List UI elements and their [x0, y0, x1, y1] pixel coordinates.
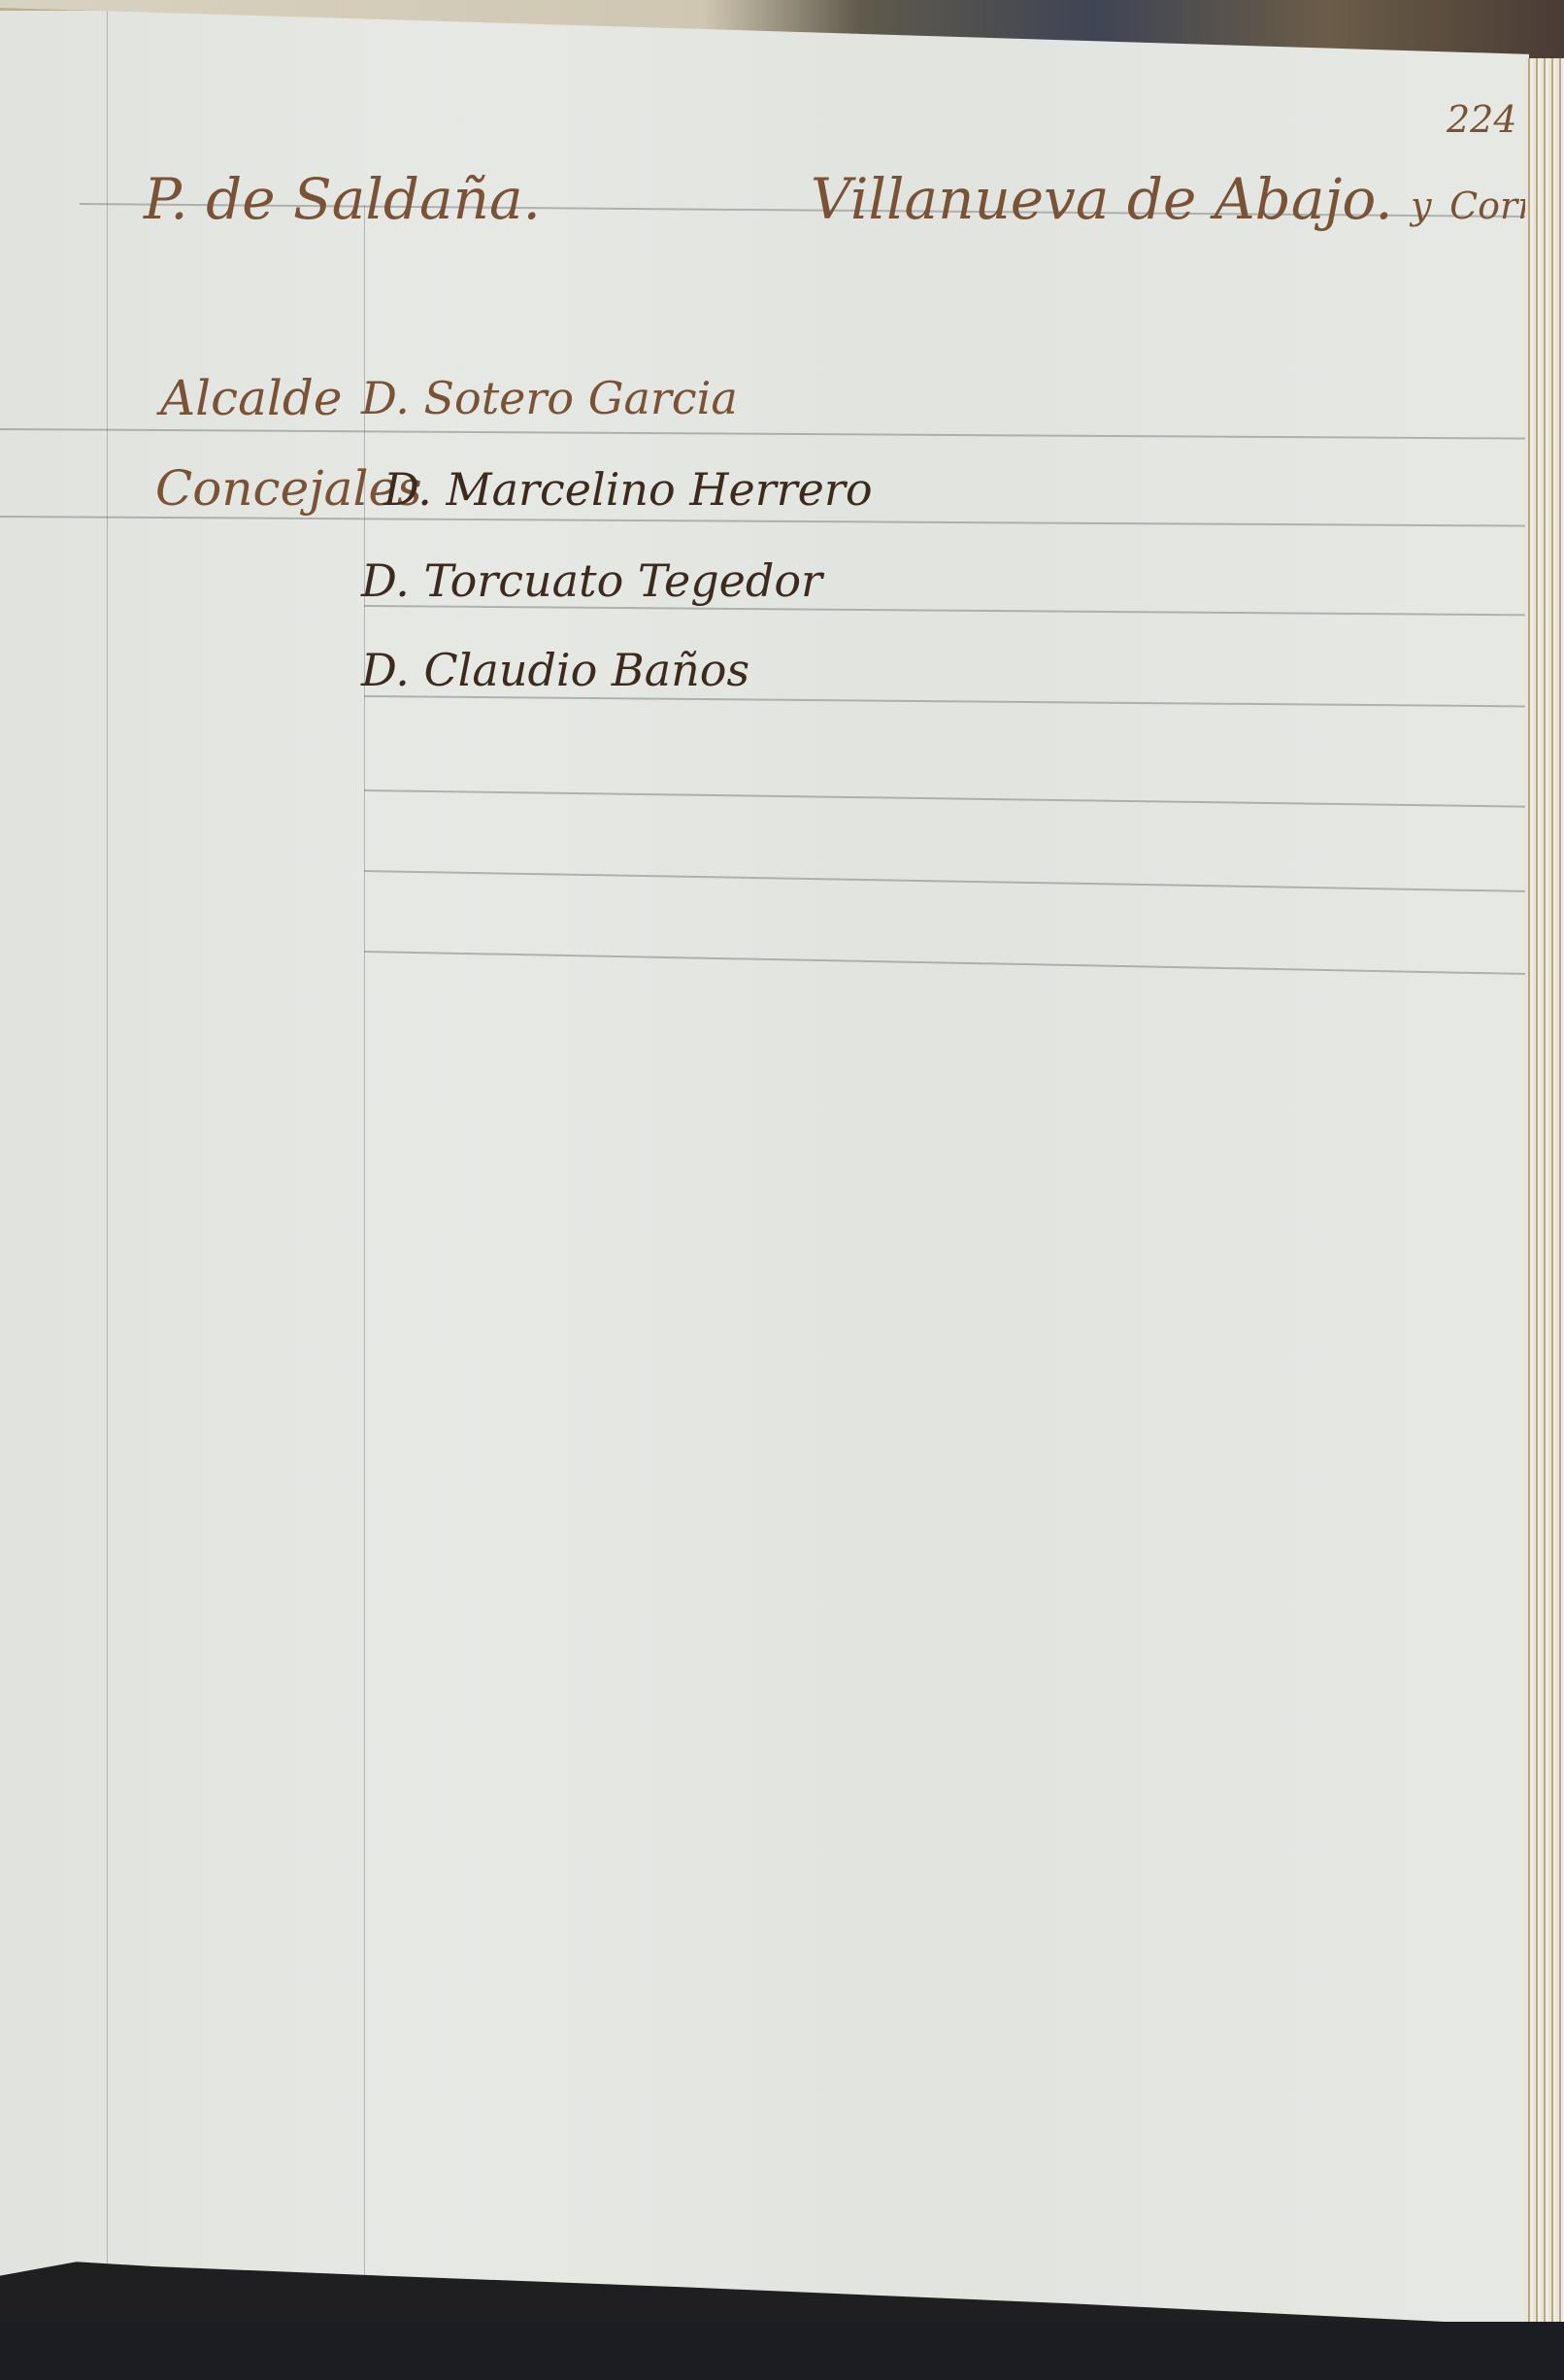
rule-line-7: [364, 951, 1529, 975]
entry-name: D. Sotero Garcia: [361, 372, 738, 424]
header-district: P. de Saldaña.: [144, 166, 541, 232]
rule-line-5: [364, 789, 1529, 808]
header-municipality: Villanueva de Abajo. y Cornoncillo.: [811, 166, 1564, 232]
entry-name: D. Torcuato Tegedor: [361, 554, 822, 607]
entry-name: D. Claudio Baños: [361, 644, 749, 696]
scan-background-bottom: [0, 2322, 1564, 2380]
office-label-alcalde: Alcalde: [160, 370, 343, 426]
entry-name: D. Marcelino Herrero: [383, 463, 873, 516]
page-number: 224: [1447, 98, 1517, 141]
rule-line-2: [0, 516, 1529, 527]
office-label-concejales: Concejales: [155, 460, 422, 517]
page-stack-edge: [1525, 58, 1564, 2350]
rule-line-1: [0, 428, 1529, 440]
outer-margin-line: [107, 11, 108, 2283]
ledger-page: 224 P. de Saldaña. Villanueva de Abajo. …: [0, 8, 1529, 2331]
rule-line-6: [364, 870, 1529, 892]
municipality-main: Villanueva de Abajo.: [811, 166, 1393, 232]
municipality-connector: y: [1411, 184, 1431, 227]
rule-line-4: [364, 695, 1529, 707]
